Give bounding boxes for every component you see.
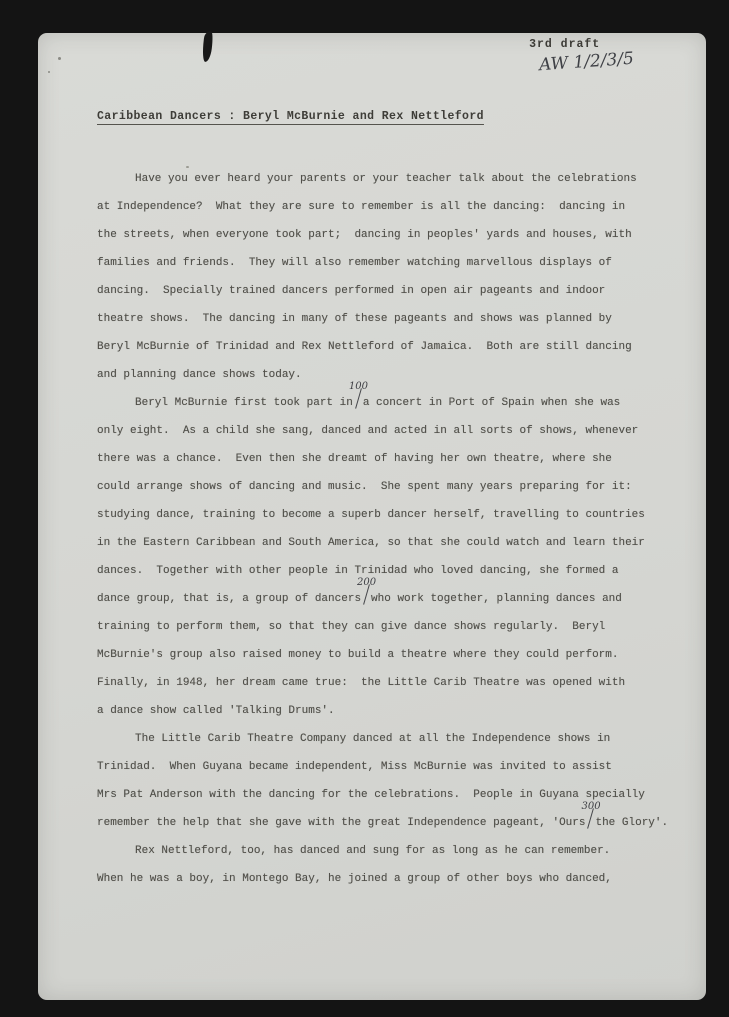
paper-speck: [48, 71, 50, 73]
text-line: McBurnie's group also raised money to bu…: [97, 641, 682, 669]
document-title: Caribbean Dancers : Beryl McBurnie and R…: [97, 110, 484, 123]
text-line: families and friends. They will also rem…: [97, 249, 682, 277]
scanned-document: 3rd draft AW 1/2/3/5 Caribbean Dancers :…: [0, 0, 729, 1017]
text-line: the streets, when everyone took part; da…: [97, 221, 682, 249]
text-line: Finally, in 1948, her dream came true: t…: [97, 669, 682, 697]
text-line: Rex Nettleford, too, has danced and sung…: [97, 837, 682, 865]
line-segment: who work together, planning dances and: [371, 593, 622, 605]
line-segment: a concert in Port of Spain when she was: [363, 397, 620, 409]
handwritten-reference-code: AW 1/2/3/5: [538, 49, 634, 76]
line-segment: Beryl McBurnie first took part in: [135, 397, 353, 409]
line-segment: dance group, that is, a group of dancers: [97, 593, 361, 605]
text-line: studying dance, training to become a sup…: [97, 501, 682, 529]
text-line-with-wordcount: Beryl McBurnie first took part in100a co…: [97, 389, 682, 417]
line-segment: the Glory'.: [595, 817, 668, 829]
handwritten-wordcount: 100: [349, 382, 368, 392]
text-line: The Little Carib Theatre Company danced …: [97, 725, 682, 753]
ink-blot-mark: [201, 31, 214, 63]
text-line: in the Eastern Caribbean and South Ameri…: [97, 529, 682, 557]
text-line: only eight. As a child she sang, danced …: [97, 417, 682, 445]
text-line: a dance show called 'Talking Drums'.: [97, 697, 682, 725]
document-page: 3rd draft AW 1/2/3/5 Caribbean Dancers :…: [38, 33, 706, 1000]
text-line: When he was a boy, in Montego Bay, he jo…: [97, 865, 682, 893]
text-line: dances. Together with other people in Tr…: [97, 557, 682, 585]
text-line: Trinidad. When Guyana became independent…: [97, 753, 682, 781]
text-line: and planning dance shows today.: [97, 361, 682, 389]
text-line: Beryl McBurnie of Trinidad and Rex Nettl…: [97, 333, 682, 361]
handwritten-wordcount: 200: [357, 578, 376, 588]
wordcount-annotation-300: 300: [585, 814, 595, 825]
text-line-with-wordcount: remember the help that she gave with the…: [97, 809, 682, 837]
text-line-with-wordcount: dance group, that is, a group of dancers…: [97, 585, 682, 613]
text-line: at Independence? What they are sure to r…: [97, 193, 682, 221]
text-line: dancing. Specially trained dancers perfo…: [97, 277, 682, 305]
text-line: training to perform them, so that they c…: [97, 613, 682, 641]
text-line: theatre shows. The dancing in many of th…: [97, 305, 682, 333]
text-line: could arrange shows of dancing and music…: [97, 473, 682, 501]
document-body: Have you ever heard your parents or your…: [97, 165, 682, 893]
draft-annotation-block: 3rd draft AW 1/2/3/5: [529, 38, 634, 72]
wordcount-annotation-200: 200: [361, 590, 371, 601]
wordcount-annotation-100: 100: [353, 394, 363, 405]
paper-speck: [58, 57, 61, 60]
text-line: Have you ever heard your parents or your…: [97, 165, 682, 193]
text-line: there was a chance. Even then she dreamt…: [97, 445, 682, 473]
line-segment: remember the help that she gave with the…: [97, 817, 585, 829]
